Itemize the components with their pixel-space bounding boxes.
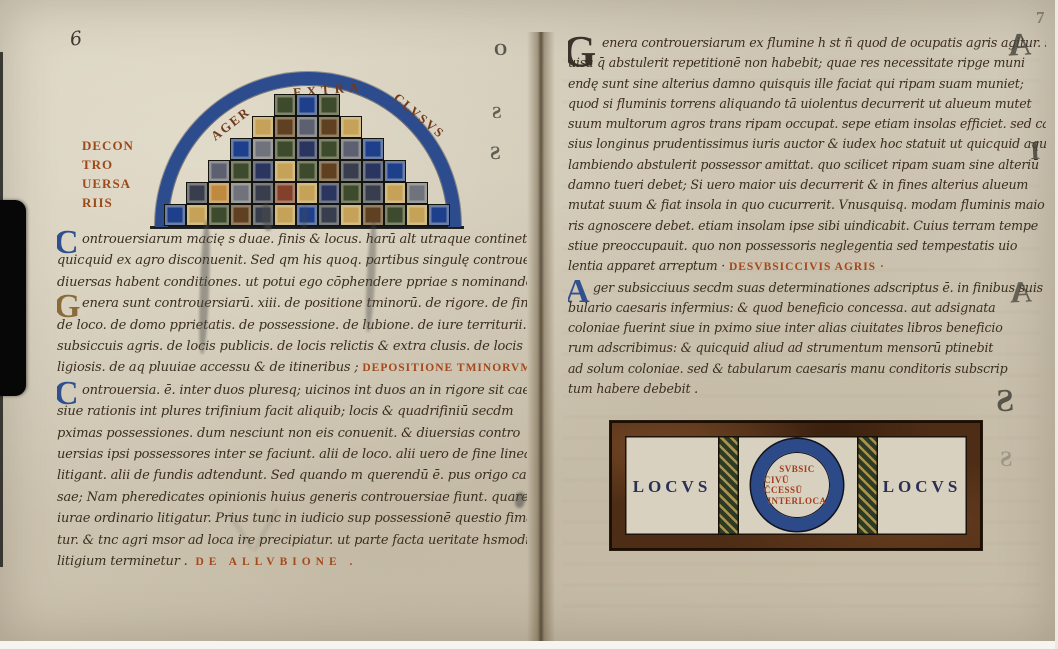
line-text: ligiosis. de aq pluuiae accessu & de iti… [57,360,358,375]
manuscript-line: litigium terminetur . DE ALLVBIONE . [57,551,527,573]
manuscript-line: lentia apparet arreptum · DESVBSICCIVIS … [568,256,1046,277]
ghost-letter: O [493,40,507,61]
margin-rubric: DECON TRO UERSA RIIS [82,136,134,212]
pyramid-tile [340,204,362,226]
pyramid-tile [318,94,340,116]
line-text: rum adscribimus: & quicquid aliud ad str… [568,340,993,355]
pyramid-tile [318,182,340,204]
locus-diagram: SVBSIC CIVŪ C̄CESSŪ INTERLOCA LOCVS LOCV… [610,421,982,550]
pyramid-tile [296,138,318,160]
rubric-text: DESVBSICCIVIS AGRIS · [725,261,885,273]
manuscript-line: bulario caesaris infermius: & quod benef… [568,298,1046,318]
line-text: coloniae fuerint siue in pximo siue inte… [568,320,1003,335]
binding-gutter [527,32,555,641]
line-text: lambiendo abstulerit possessor amittat. … [568,157,1039,172]
pyramid-tile [274,160,296,182]
line-text: bulario caesaris infermius: & quod benef… [568,300,995,315]
manuscript-line: ad solum coloniae. sed & tabularum caesa… [568,359,1046,379]
pyramid-tile [230,204,252,226]
tile-pyramid [164,94,450,226]
manuscript-line: sae; Nam pheredicates opinionis huius ge… [57,487,527,508]
line-text: mutat suum & fiat insola in quo cucurrer… [568,197,1045,212]
line-text: pximas possessiones. dum nesciunt non ei… [57,426,520,441]
pyramid-tile [252,138,274,160]
pyramid-tile [252,116,274,138]
manuscript-line: coloniae fuerint siue in pximo siue inte… [568,318,1046,338]
manuscript-line: pximas possessiones. dum nesciunt non ei… [57,423,527,444]
line-text: subsiccuis agris. de locis publicis. de … [57,339,527,354]
line-text: damno tueri debet; Si uero maior uis dec… [568,177,1028,192]
margin-rubric-line: DECON [82,136,134,155]
pyramid-tile [428,204,450,226]
manuscript-line: tur. & tnc agri msor ad loca ire precipi… [57,530,527,551]
manuscript-line: Genera controuersiarum ex flumine h st ñ… [568,33,1046,53]
line-text: diuersas habent conditiones. ut potui eg… [57,275,527,290]
manuscript-line: uisa q̄ abstulerit repetitionē non habeb… [568,53,1046,73]
ghost-letter: A [1007,25,1032,63]
manuscript-line: endę sunt sine alterius damno quisquis i… [568,74,1046,94]
line-text: ontrouersia. ē. inter duos pluresq; uici… [82,383,527,398]
ghost-letter: S [491,103,502,123]
binding-clip [0,200,26,396]
pyramid-tile [252,160,274,182]
manuscript-line: mutat suum & fiat insola in quo cucurrer… [568,195,1046,215]
pyramid-tile [230,138,252,160]
line-text: ris agnoscere debet. etiam insolam ipse … [568,218,1038,233]
manuscript-line: iurae ordinario litigatur. Prius tunc in… [57,508,527,529]
manuscript-line: ligiosis. de aq pluuiae accessu & de iti… [57,357,527,379]
pyramid-tile [362,182,384,204]
pyramid-tile [296,182,318,204]
line-text: ontrouersiarum macię s duae. finis & loc… [82,232,527,247]
pyramid-tile [274,182,296,204]
line-text: stiue preoccupauit. quo non possessoris … [568,238,1017,253]
manuscript-line: siue rationis int plures trifinium facit… [57,401,527,422]
meander-band-right [857,436,878,535]
manuscript-line: sius longinus prudentissimus iuris aucto… [568,134,1046,154]
pyramid-tile [230,160,252,182]
manuscript-line: quod si fluminis torrens aliquando tā ui… [568,94,1046,114]
line-text: sius longinus prudentissimus iuris aucto… [568,136,1046,151]
manuscript-photo: 6 AGER EXTRA CLVSVS DECON TRO UERSA RIIS… [0,0,1058,649]
pyramid-tile [318,116,340,138]
line-text: tur. & tnc agri msor ad loca ire precipi… [57,533,527,548]
manuscript-line: litigant. alii de fundis adtendunt. Sed … [57,465,527,486]
medallion-text: INTERLOCA [767,496,826,507]
pyramid-row [164,116,450,138]
ghost-letter: S [999,446,1013,473]
margin-rubric-line: RIIS [82,193,134,212]
line-text: uisa q̄ abstulerit repetitionē non habeb… [568,55,1025,70]
ghost-letter: I [1029,136,1041,166]
pyramid-tile [296,116,318,138]
pyramid-tile [318,138,340,160]
line-text: lentia apparet arreptum · [568,258,725,273]
manuscript-line: rum adscribimus: & quicquid aliud ad str… [568,338,1046,358]
manuscript-line: uersias ipsi possessores inter se faciun… [57,444,527,465]
manuscript-line: stiue preoccupauit. quo non possessoris … [568,236,1046,256]
line-text: enera controuersiarum ex flumine h st ñ … [602,35,1046,50]
pyramid-tile [208,182,230,204]
pyramid-tile [384,182,406,204]
pyramid-tile [406,204,428,226]
folio-number-right: 7 [1036,8,1045,28]
locus-diagram-panel: SVBSIC CIVŪ C̄CESSŪ INTERLOCA LOCVS LOCV… [625,436,967,535]
manuscript-line: Controuersia. ē. inter duos pluresq; uic… [57,380,527,401]
manuscript-line: Genera sunt controuersiarū. xiii. de pos… [57,293,527,314]
ghost-letter: A [1009,275,1032,310]
pyramid-tile [340,160,362,182]
rubric-text: DEPOSITIONE TMINORVM [358,362,527,374]
pyramid-tile [274,204,296,226]
pyramid-tile [340,182,362,204]
line-text: litigium terminetur . [57,554,188,569]
pyramid-tile [340,116,362,138]
manuscript-line: Ager subsicciuus secdm suas determinatio… [568,278,1046,298]
pyramid-tile [340,138,362,160]
manuscript-line: Controuersiarum macię s duae. finis & lo… [57,229,527,250]
margin-rubric-line: UERSA [82,174,134,193]
manuscript-line: tum habere debebit . [568,379,1046,399]
pyramid-tile [208,204,230,226]
line-text: quicquid ex agro disconuenit. Sed qm his… [57,253,527,268]
pyramid-tile [274,138,296,160]
pyramid-row [164,138,450,160]
pyramid-tile [362,160,384,182]
pyramid-tile [274,94,296,116]
locus-label-right: LOCVS [877,477,967,497]
line-text: ger subsicciuus secdm suas determination… [593,280,1046,295]
line-text: tum habere debebit . [568,381,698,396]
pyramid-tile [296,160,318,182]
manuscript-line: de loco. de domo pprietatis. de possessi… [57,315,527,336]
manuscript-line: ris agnoscere debet. etiam insolam ipse … [568,216,1046,236]
center-medallion: SVBSIC CIVŪ C̄CESSŪ INTERLOCA [751,439,843,531]
medallion-text: SVBSIC [779,464,815,475]
ghost-letter: S [995,382,1015,420]
photo-bottom-margin [0,641,1058,649]
pyramid-tile [406,182,428,204]
pyramid-tile [164,204,186,226]
meander-band-left [718,436,739,535]
pyramid-tile [186,182,208,204]
line-text: iurae ordinario litigatur. Prius tunc in… [57,511,527,526]
right-text-block: Genera controuersiarum ex flumine h st ñ… [568,33,1046,403]
manuscript-line: lambiendo abstulerit possessor amittat. … [568,155,1046,175]
line-text: siue rationis int plures trifinium facit… [57,404,513,419]
line-text: quod si fluminis torrens aliquando tā ui… [568,96,1031,111]
pyramid-row [164,94,450,116]
line-text: litigant. alii de fundis adtendunt. Sed … [57,468,527,483]
pyramid-tile [274,116,296,138]
line-text: uersias ipsi possessores inter se faciun… [57,447,527,462]
manuscript-line: suum multorum agros trans ripam occupat.… [568,114,1046,134]
left-text-block: Controuersiarum macię s duae. finis & lo… [57,229,527,577]
pyramid-tile [384,204,406,226]
pyramid-tile [318,204,340,226]
manuscript-line: quicquid ex agro disconuenit. Sed qm his… [57,250,527,271]
pyramid-tile [208,160,230,182]
rubric-text: DE ALLVBIONE . [188,556,358,568]
line-text: suum multorum agros trans ripam occupat.… [568,116,1046,131]
ghost-letter: S [489,143,501,166]
medallion-text: CIVŪ C̄CESSŪ [764,475,830,496]
margin-rubric-line: TRO [82,155,134,174]
pyramid-tile [384,160,406,182]
pyramid-tile [252,182,274,204]
line-text: ad solum coloniae. sed & tabularum caesa… [568,361,1007,376]
pyramid-row [164,160,450,182]
line-text: enera sunt controuersiarū. xiii. de posi… [82,296,527,311]
pyramid-tile [318,160,340,182]
manuscript-line: subsiccuis agris. de locis publicis. de … [57,336,527,357]
pyramid-tile [362,138,384,160]
locus-label-left: LOCVS [627,477,717,497]
pyramid-tile [230,182,252,204]
line-text: endę sunt sine alterius damno quisquis i… [568,76,1024,91]
pyramid-tile [296,94,318,116]
pyramid-row [164,182,450,204]
manuscript-line: diuersas habent conditiones. ut potui eg… [57,272,527,293]
manuscript-line: damno tueri debet; Si uero maior uis dec… [568,175,1046,195]
line-text: sae; Nam pheredicates opinionis huius ge… [57,490,527,505]
line-text: de loco. de domo pprietatis. de possessi… [57,318,527,333]
